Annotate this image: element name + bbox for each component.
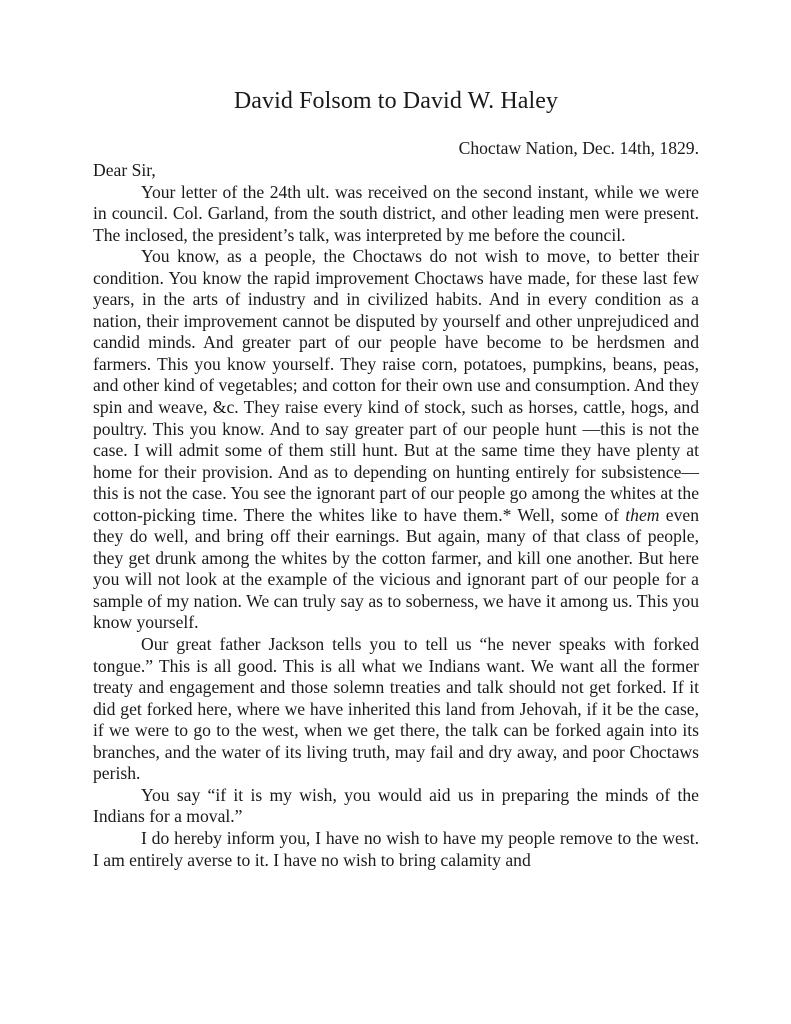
paragraph-1: Your letter of the 24th ult. was receive… [93, 182, 699, 247]
letter-body: Dear Sir, Your letter of the 24th ult. w… [93, 160, 699, 871]
dateline: Choctaw Nation, Dec. 14th, 1829. [459, 138, 699, 159]
paragraph-3: Our great father Jackson tells you to te… [93, 634, 699, 785]
page-title: David Folsom to David W. Haley [93, 88, 699, 115]
salutation: Dear Sir, [93, 160, 699, 182]
paragraph-2: You know, as a people, the Choctaws do n… [93, 246, 699, 634]
emphasis-them: them [625, 505, 659, 525]
paragraph-5: I do hereby inform you, I have no wish t… [93, 828, 699, 871]
paragraph-2-part-1: You know, as a people, the Choctaws do n… [93, 246, 699, 525]
paragraph-4: You say “if it is my wish, you would aid… [93, 785, 699, 828]
